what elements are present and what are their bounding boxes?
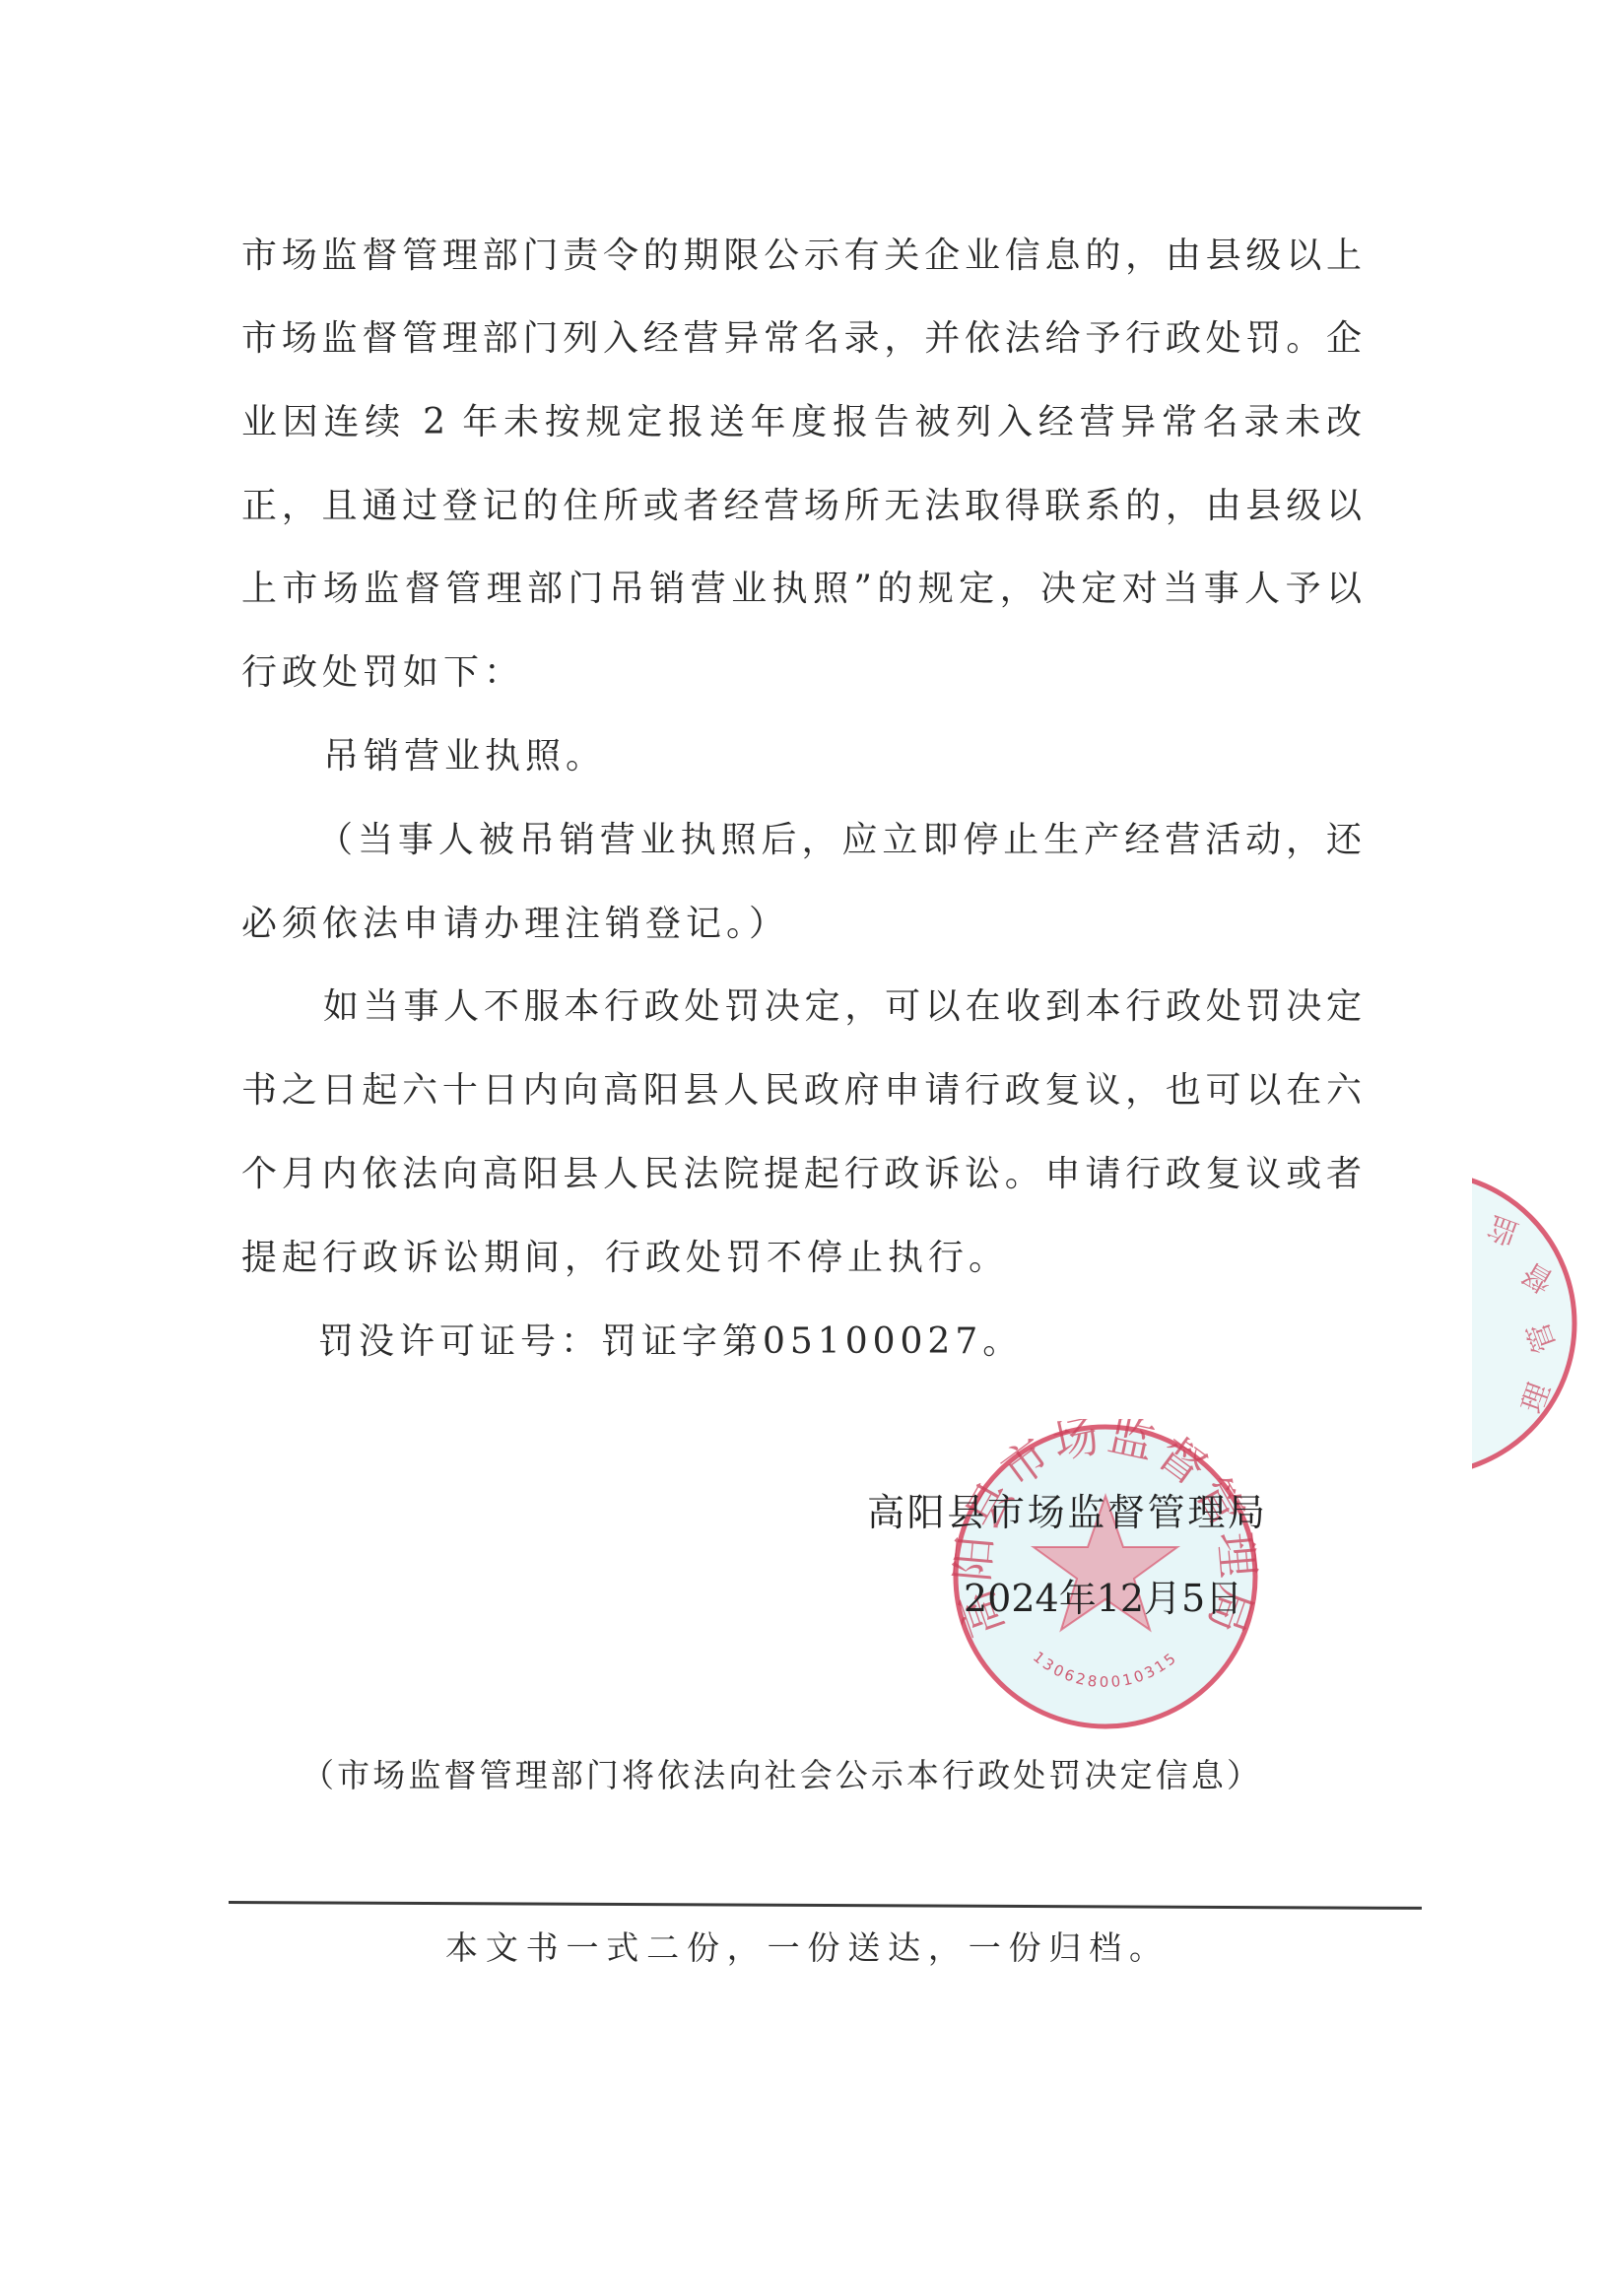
seam-stamp-arc-icon: 监 督 管 理 (1472, 1173, 1590, 1478)
penalty-decision: 吊销营业执照。 (323, 735, 606, 778)
seam-stamp: 监 督 管 理 (1472, 1173, 1590, 1478)
penalty-note-line-2: 必须依法申请办理注销登记。） (241, 903, 789, 946)
issue-date: 2024年12月5日 (964, 1576, 1222, 1621)
body-line-5: 上市场监督管理部门吊销营业执照”的规定，决定对当事人予以 (241, 568, 1362, 611)
body-line-1: 市场监督管理部门责令的期限公示有关企业信息的，由县级以上 (241, 235, 1362, 278)
body-line-6: 行政处罚如下： (241, 651, 524, 695)
copies-footer: 本文书一式二份，一份送达，一份归档。 (445, 1927, 1162, 1969)
issuer-name: 高阳县市场监督管理局 (867, 1490, 1265, 1535)
footer-divider (229, 1901, 1422, 1910)
body-line-4: 正，且通过登记的住所或者经营场所无法取得联系的，由县级以 (241, 485, 1362, 528)
appeal-line-1: 如当事人不服本行政处罚决定，可以在收到本行政处罚决定 (323, 985, 1362, 1029)
publicity-note: （市场监督管理部门将依法向社会公示本行政处罚决定信息） (301, 1755, 1259, 1796)
permit-number: 罚没许可证号：罚证字第05100027。 (318, 1320, 1023, 1364)
penalty-note-line-1: （当事人被吊销营业执照后，应立即停止生产经营活动，还 (317, 819, 1362, 862)
appeal-line-4: 提起行政诉讼期间，行政处罚不停止执行。 (241, 1237, 1009, 1280)
body-line-3: 业因连续 2 年未按规定报送年度报告被列入经营异常名录未改 (241, 401, 1362, 444)
appeal-line-2: 书之日起六十日内向高阳县人民政府申请行政复议，也可以在六 (241, 1069, 1362, 1113)
body-line-2: 市场监督管理部门列入经营异常名录，并依法给予行政处罚。企 (241, 317, 1362, 361)
appeal-line-3: 个月内依法向高阳县人民法院提起行政诉讼。申请行政复议或者 (241, 1153, 1362, 1196)
